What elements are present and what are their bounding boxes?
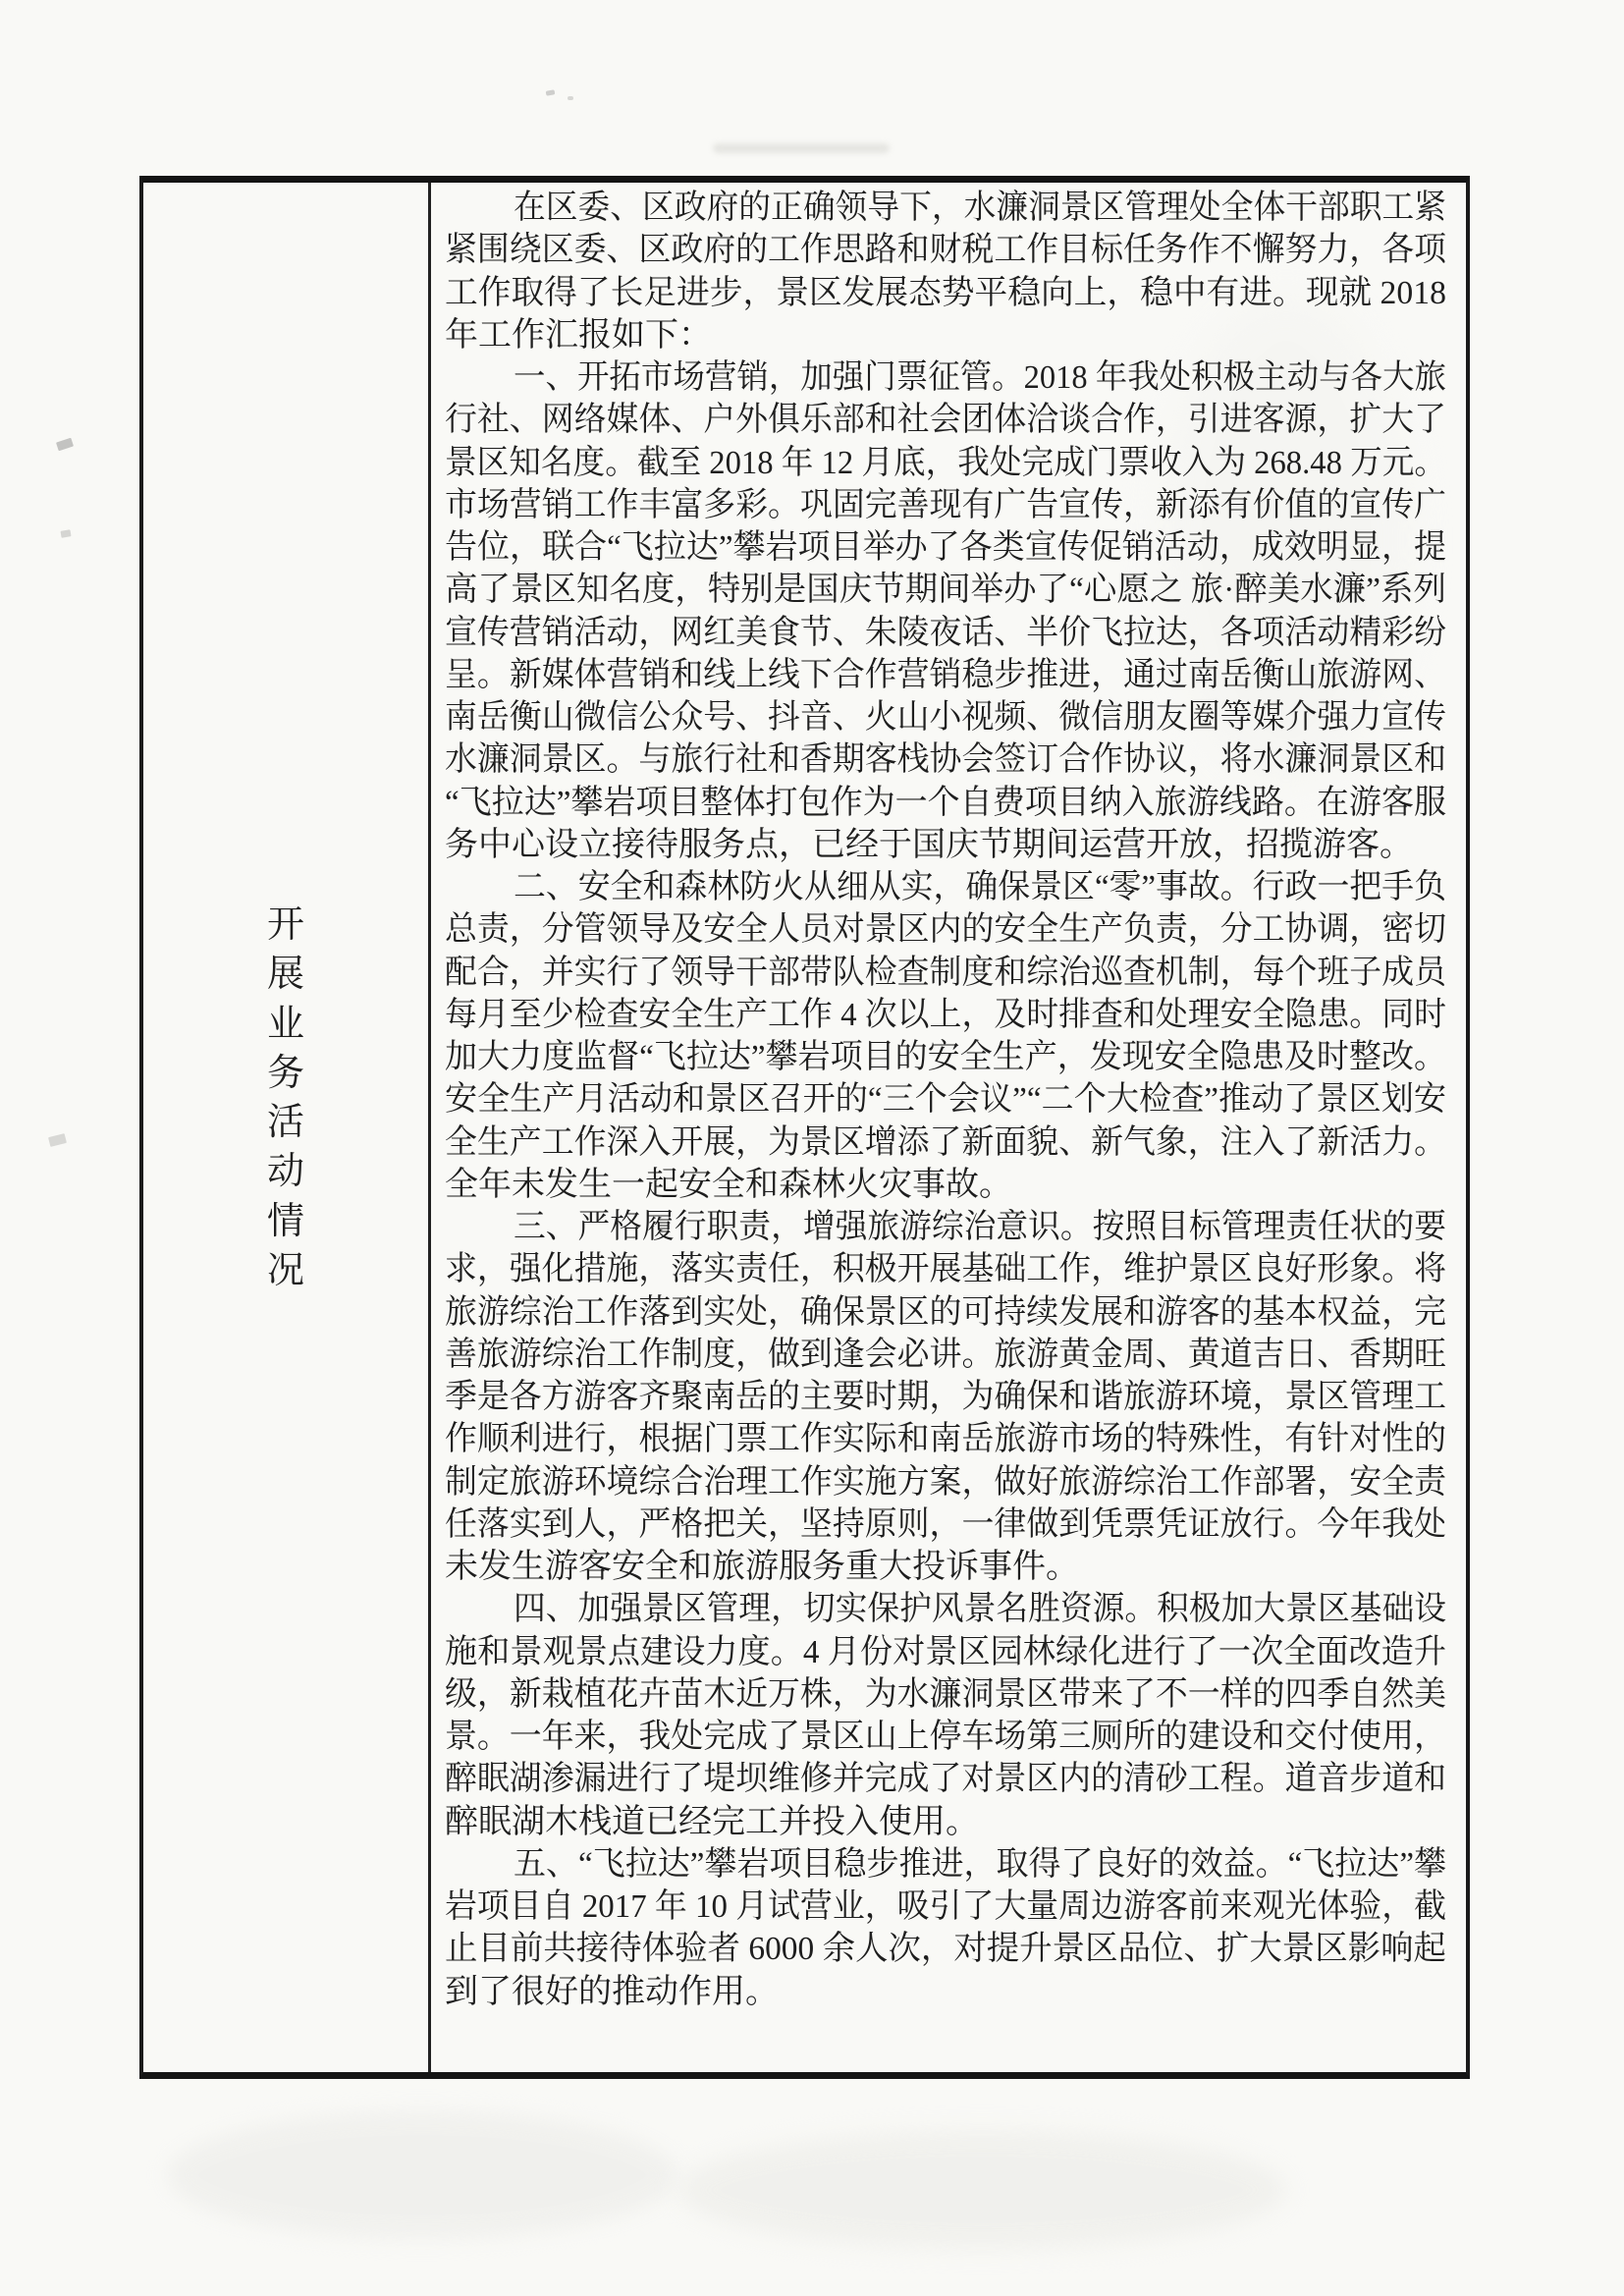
text-line: 安全生产月活动和景区召开的“三个会议”“二个大检查”推动了景区划安 [445,1078,1446,1121]
scan-artifact [56,438,74,452]
text-line: 景。一年来，我处完成了景区山上停车场第三厕所的建设和交付使用， [445,1716,1446,1758]
text-line-content: 加大力度监督“飞拉达”攀岩项目的安全生产，发现安全隐患及时整改。 [445,1036,1446,1078]
text-line: 紧围绕区委、区政府的工作思路和财税工作目标任务作不懈努力，各项 [445,229,1446,271]
text-line-content: 醉眠湖木栈道已经完工并投入使用。 [445,1801,979,1843]
row-label-char: 开 [267,906,304,944]
text-line-content: 工作取得了长足进步，景区发展态势平稳向上，稳中有进。现就 2018 [445,272,1446,314]
text-line: 年工作汇报如下： [445,314,1446,356]
text-line: 到了很好的推动作用。 [445,1971,1446,2013]
scan-artifact [167,2111,677,2239]
text-line-content: 止目前共接待体验者 6000 余人次，对提升景区品位、扩大景区影响起 [445,1928,1446,1970]
text-line: 全年未发生一起安全和森林火灾事故。 [445,1164,1446,1206]
text-line: 旅游综治工作落到实处，确保景区的可持续发展和游客的基本权益，完 [445,1291,1446,1334]
scanned-report-page: 开展业务活动情况 在区委、区政府的正确领导下，水濂洞景区管理处全体干部职工紧紧围… [0,0,1624,2296]
text-line: 市场营销工作丰富多彩。巩固完善现有广告宣传，新添有价值的宣传广 [445,484,1446,526]
report-body-text: 在区委、区政府的正确领导下，水濂洞景区管理处全体干部职工紧紧围绕区委、区政府的工… [445,187,1446,2013]
text-line-content: 级，新栽植花卉苗木近万株，为水濂洞景区带来了不一样的四季自然美 [445,1673,1446,1716]
text-line-content: 三、严格履行职责，增强旅游综治意识。按照目标管理责任状的要 [514,1206,1446,1248]
text-line-content: 季是各方游客齐聚南岳的主要时期，为确保和谐旅游环境，景区管理工 [445,1376,1446,1418]
text-line: 高了景区知名度，特别是国庆节期间举办了“心愿之 旅·醉美水濂”系列 [445,569,1446,611]
text-line: 善旅游综治工作制度，做到逢会必讲。旅游黄金周、黄道吉日、香期旺 [445,1334,1446,1376]
text-line: 任落实到人，严格把关，坚持原则，一律做到凭票凭证放行。今年我处 [445,1503,1446,1546]
row-label-char: 情 [267,1203,304,1240]
text-line-content: “飞拉达”攀岩项目整体打包作为一个自费项目纳入旅游线路。在游客服 [445,782,1446,824]
text-line-content: 全生产工作深入开展，为景区增添了新面貌、新气象，注入了新活力。 [445,1121,1446,1164]
scan-artifact [677,2131,1286,2249]
row-label-char: 务 [267,1055,304,1092]
scan-artifact [713,143,890,153]
text-line-content: 水濂洞景区。与旅行社和香期客栈协会签订合作协议，将水濂洞景区和 [445,738,1446,781]
text-line: 告位，联合“飞拉达”攀岩项目举办了各类宣传促销活动，成效明显，提 [445,526,1446,569]
text-line-content: 告位，联合“飞拉达”攀岩项目举办了各类宣传促销活动，成效明显，提 [445,526,1446,569]
text-line: 配合，并实行了领导干部带队检查制度和综治巡查机制，每个班子成员 [445,952,1446,994]
text-line-content: 作顺利进行，根据门票工作实际和南岳旅游市场的特殊性，有针对性的 [445,1418,1446,1460]
text-line: 一、开拓市场营销，加强门票征管。2018 年我处积极主动与各大旅 [445,356,1446,399]
text-line: 工作取得了长足进步，景区发展态势平稳向上，稳中有进。现就 2018 [445,272,1446,314]
text-line: 南岳衡山微信公众号、抖音、火山小视频、微信朋友圈等媒介强力宣传 [445,696,1446,738]
row-label-char: 展 [267,956,304,993]
text-line: 求，强化措施，落实责任，积极开展基础工作，维护景区良好形象。将 [445,1248,1446,1290]
text-line: 级，新栽植花卉苗木近万株，为水濂洞景区带来了不一样的四季自然美 [445,1673,1446,1716]
text-line-content: 高了景区知名度，特别是国庆节期间举办了“心愿之 旅·醉美水濂”系列 [445,569,1446,611]
text-line-content: 宣传营销活动，网红美食节、朱陵夜话、半价飞拉达，各项活动精彩纷 [445,612,1446,654]
text-line: 季是各方游客齐聚南岳的主要时期，为确保和谐旅游环境，景区管理工 [445,1376,1446,1418]
text-line-content: 旅游综治工作落到实处，确保景区的可持续发展和游客的基本权益，完 [445,1291,1446,1334]
text-line: 行社、网络媒体、户外俱乐部和社会团体洽谈合作，引进客源，扩大了 [445,399,1446,441]
text-line: 在区委、区政府的正确领导下，水濂洞景区管理处全体干部职工紧 [445,187,1446,229]
text-line-content: 求，强化措施，落实责任，积极开展基础工作，维护景区良好形象。将 [445,1248,1446,1290]
text-line: 制定旅游环境综合治理工作实施方案，做好旅游综治工作部署，安全责 [445,1461,1446,1503]
text-line-content: 每月至少检查安全生产工作 4 次以上，及时排查和处理安全隐患。同时 [445,994,1446,1036]
text-line: 醉眠湖渗漏进行了堤坝维修并完成了对景区内的清砂工程。道音步道和 [445,1758,1446,1800]
text-line-content: 景。一年来，我处完成了景区山上停车场第三厕所的建设和交付使用， [445,1716,1446,1758]
text-line: 宣传营销活动，网红美食节、朱陵夜话、半价飞拉达，各项活动精彩纷 [445,612,1446,654]
row-label-char: 动 [267,1153,304,1190]
text-line-content: 务中心设立接待服务点，已经于国庆节期间运营开放，招揽游客。 [445,824,1413,866]
text-line: 总责，分管领导及安全人员对景区内的安全生产负责，分工协调，密切 [445,908,1446,951]
text-line-content: 到了很好的推动作用。 [445,1971,779,2013]
text-line: 作顺利进行，根据门票工作实际和南岳旅游市场的特殊性，有针对性的 [445,1418,1446,1460]
text-line-content: 市场营销工作丰富多彩。巩固完善现有广告宣传，新添有价值的宣传广 [445,484,1446,526]
text-line: 醉眠湖木栈道已经完工并投入使用。 [445,1801,1446,1843]
text-line-content: 四、加强景区管理，切实保护风景名胜资源。积极加大景区基础设 [514,1588,1446,1630]
text-line-content: 行社、网络媒体、户外俱乐部和社会团体洽谈合作，引进客源，扩大了 [445,399,1446,441]
text-line-content: 呈。新媒体营销和线上线下合作营销稳步推进，通过南岳衡山旅游网、 [445,654,1446,696]
text-line-content: 一、开拓市场营销，加强门票征管。2018 年我处积极主动与各大旅 [514,356,1446,399]
text-line-content: 善旅游综治工作制度，做到逢会必讲。旅游黄金周、黄道吉日、香期旺 [445,1334,1446,1376]
text-line: 止目前共接待体验者 6000 余人次，对提升景区品位、扩大景区影响起 [445,1928,1446,1970]
scan-artifact [60,529,71,538]
text-line-content: 任落实到人，严格把关，坚持原则，一律做到凭票凭证放行。今年我处 [445,1503,1446,1546]
text-line: 呈。新媒体营销和线上线下合作营销稳步推进，通过南岳衡山旅游网、 [445,654,1446,696]
text-line-content: 紧围绕区委、区政府的工作思路和财税工作目标任务作不懈努力，各项 [445,229,1446,271]
text-line-content: 二、安全和森林防火从细从实，确保景区“零”事故。行政一把手负 [514,866,1446,908]
text-line-content: 配合，并实行了领导干部带队检查制度和综治巡查机制，每个班子成员 [445,952,1446,994]
text-line-content: 未发生游客安全和旅游服务重大投诉事件。 [445,1546,1079,1588]
text-line-content: 南岳衡山微信公众号、抖音、火山小视频、微信朋友圈等媒介强力宣传 [445,696,1446,738]
row-label-char: 况 [267,1252,304,1289]
row-label-business-activities: 开展业务活动情况 [143,906,428,1289]
text-line-content: 醉眠湖渗漏进行了堤坝维修并完成了对景区内的清砂工程。道音步道和 [445,1758,1446,1800]
row-label-char: 业 [267,1006,304,1043]
text-line: 岩项目自 2017 年 10 月试营业，吸引了大量周边游客前来观光体验，截 [445,1886,1446,1928]
text-line: 五、“飞拉达”攀岩项目稳步推进，取得了良好的效益。“飞拉达”攀 [445,1843,1446,1886]
text-line: 施和景观景点建设力度。4 月份对景区园林绿化进行了一次全面改造升 [445,1631,1446,1673]
text-line-content: 岩项目自 2017 年 10 月试营业，吸引了大量周边游客前来观光体验，截 [445,1886,1446,1928]
scan-artifact [546,89,556,95]
text-line: 水濂洞景区。与旅行社和香期客栈协会签订合作协议，将水濂洞景区和 [445,738,1446,781]
text-line-content: 景区知名度。截至 2018 年 12 月底，我处完成门票收入为 268.48 万… [445,442,1446,484]
text-line-content: 在区委、区政府的正确领导下，水濂洞景区管理处全体干部职工紧 [514,187,1446,229]
text-line: 每月至少检查安全生产工作 4 次以上，及时排查和处理安全隐患。同时 [445,994,1446,1036]
text-line-content: 制定旅游环境综合治理工作实施方案，做好旅游综治工作部署，安全责 [445,1461,1446,1503]
text-line-content: 总责，分管领导及安全人员对景区内的安全生产负责，分工协调，密切 [445,908,1446,951]
text-line: 加大力度监督“飞拉达”攀岩项目的安全生产，发现安全隐患及时整改。 [445,1036,1446,1078]
text-line: 四、加强景区管理，切实保护风景名胜资源。积极加大景区基础设 [445,1588,1446,1630]
text-line-content: 年工作汇报如下： [445,314,712,356]
text-line: 二、安全和森林防火从细从实，确保景区“零”事故。行政一把手负 [445,866,1446,908]
text-line-content: 安全生产月活动和景区召开的“三个会议”“二个大检查”推动了景区划安 [445,1078,1446,1121]
text-line: 三、严格履行职责，增强旅游综治意识。按照目标管理责任状的要 [445,1206,1446,1248]
text-line: 全生产工作深入开展，为景区增添了新面貌、新气象，注入了新活力。 [445,1121,1446,1164]
text-line-content: 五、“飞拉达”攀岩项目稳步推进，取得了良好的效益。“飞拉达”攀 [514,1843,1446,1886]
text-line-content: 施和景观景点建设力度。4 月份对景区园林绿化进行了一次全面改造升 [445,1631,1446,1673]
scan-artifact [568,96,573,100]
row-label-char: 活 [267,1104,304,1141]
text-line: 未发生游客安全和旅游服务重大投诉事件。 [445,1546,1446,1588]
text-line-content: 全年未发生一起安全和森林火灾事故。 [445,1164,1012,1206]
column-divider [428,183,431,2072]
text-line: “飞拉达”攀岩项目整体打包作为一个自费项目纳入旅游线路。在游客服 [445,782,1446,824]
text-line: 务中心设立接待服务点，已经于国庆节期间运营开放，招揽游客。 [445,824,1446,866]
scan-artifact [48,1133,67,1147]
text-line: 景区知名度。截至 2018 年 12 月底，我处完成门票收入为 268.48 万… [445,442,1446,484]
